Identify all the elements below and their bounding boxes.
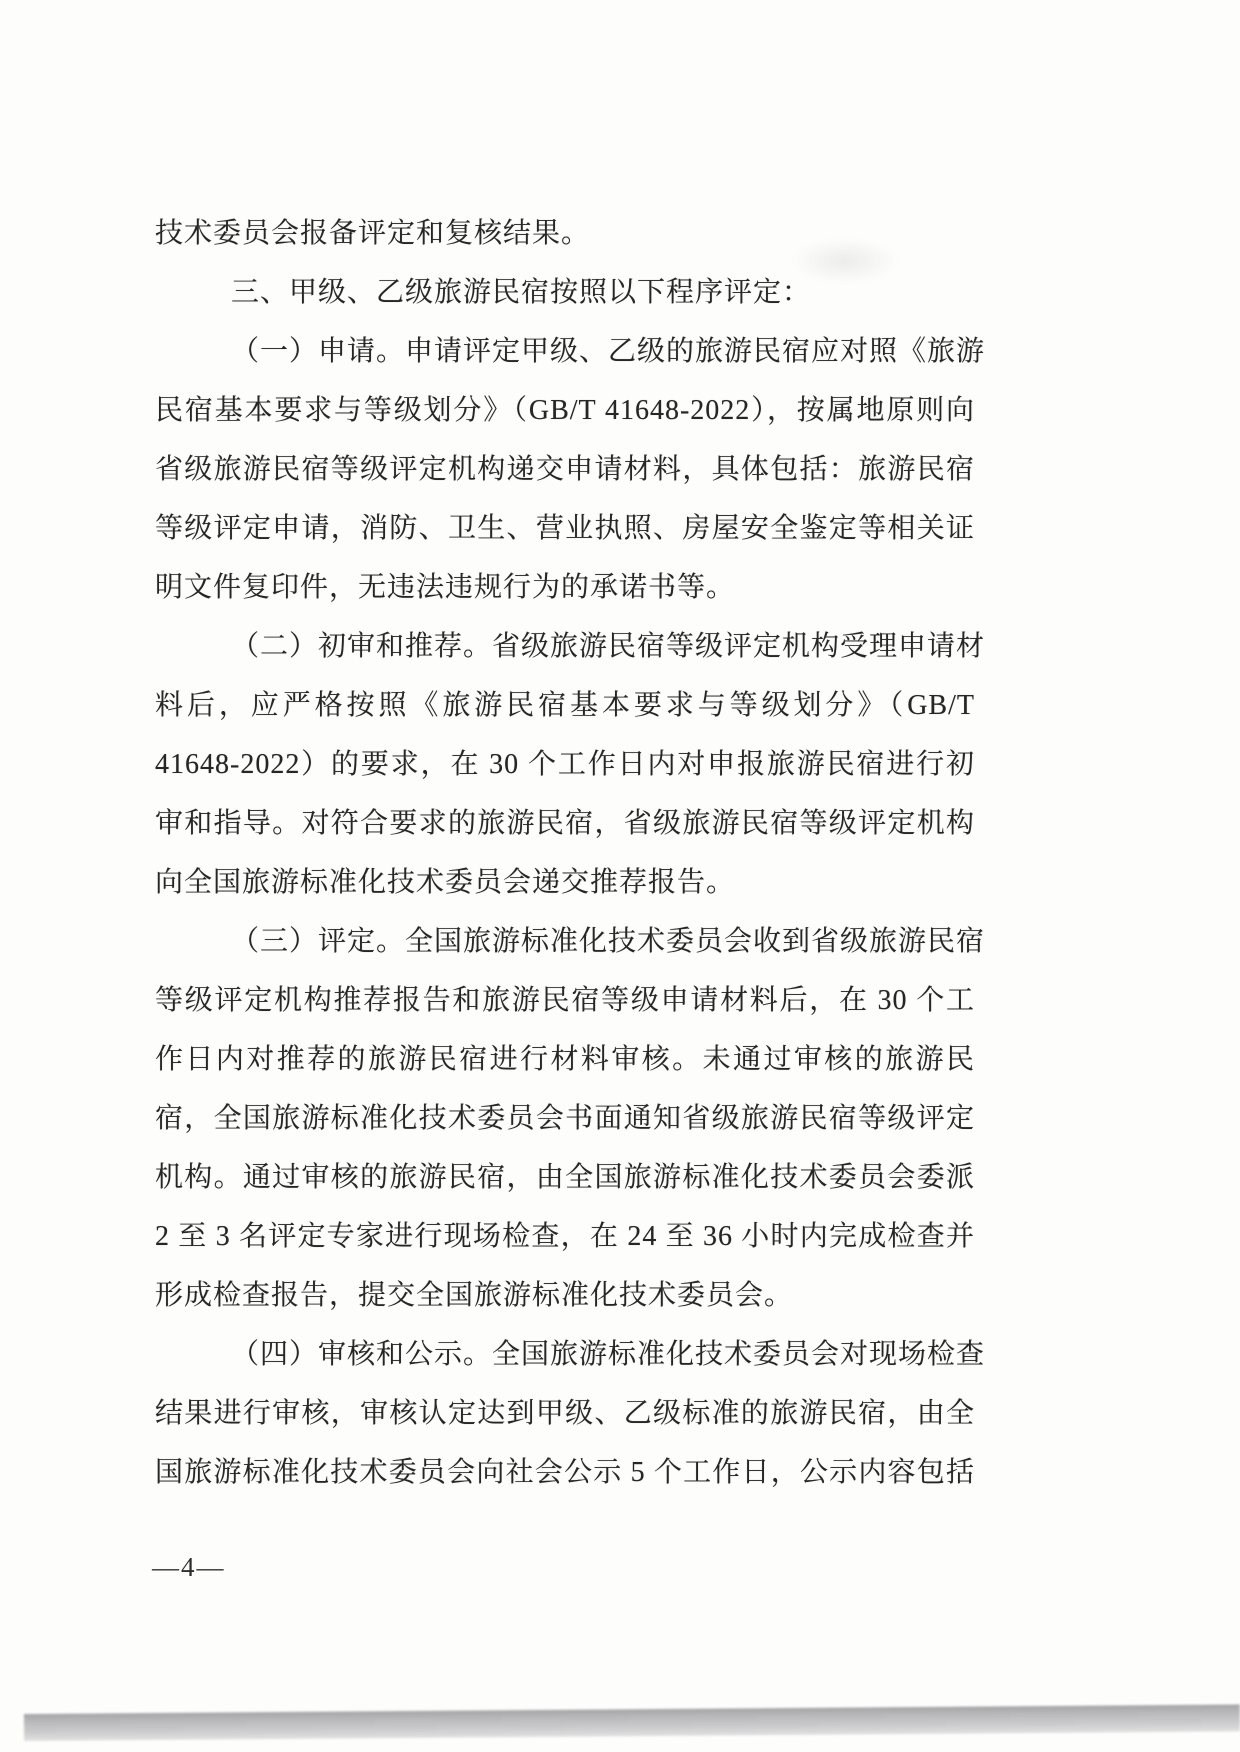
body-line: 料后，应严格按照《旅游民宿基本要求与等级划分》（GB/T [155, 676, 975, 735]
page-number: —4— [152, 1552, 226, 1583]
body-line: 省级旅游民宿等级评定机构递交申请材料，具体包括：旅游民宿 [155, 440, 975, 499]
scan-edge-shadow [24, 1704, 1240, 1741]
body-line: 41648-2022）的要求，在 30 个工作日内对申报旅游民宿进行初 [155, 735, 975, 794]
scanned-document-page: 技术委员会报备评定和复核结果。 三、甲级、乙级旅游民宿按照以下程序评定： （一）… [0, 0, 1240, 1752]
body-line: 宿，全国旅游标准化技术委员会书面通知省级旅游民宿等级评定 [155, 1089, 975, 1148]
body-line: 等级评定机构推荐报告和旅游民宿等级申请材料后，在 30 个工 [155, 971, 975, 1030]
body-line: 2 至 3 名评定专家进行现场检查，在 24 至 36 小时内完成检查并 [155, 1207, 975, 1266]
body-line: 机构。通过审核的旅游民宿，由全国旅游标准化技术委员会委派 [155, 1148, 975, 1207]
scan-smudge-artifact [790, 238, 900, 284]
body-line: （二）初审和推荐。省级旅游民宿等级评定机构受理申请材 [155, 617, 975, 676]
body-line: 形成检查报告，提交全国旅游标准化技术委员会。 [155, 1266, 975, 1325]
body-line: 作日内对推荐的旅游民宿进行材料审核。未通过审核的旅游民 [155, 1030, 975, 1089]
body-line: （四）审核和公示。全国旅游标准化技术委员会对现场检查 [155, 1325, 975, 1384]
body-line: 明文件复印件，无违法违规行为的承诺书等。 [155, 558, 975, 617]
body-line: （一）申请。申请评定甲级、乙级的旅游民宿应对照《旅游 [155, 322, 975, 381]
body-line: 审和指导。对符合要求的旅游民宿，省级旅游民宿等级评定机构 [155, 794, 975, 853]
body-line: （三）评定。全国旅游标准化技术委员会收到省级旅游民宿 [155, 912, 975, 971]
document-text-block: 技术委员会报备评定和复核结果。 三、甲级、乙级旅游民宿按照以下程序评定： （一）… [155, 204, 975, 1502]
body-line: 民宿基本要求与等级划分》（GB/T 41648-2022），按属地原则向 [155, 381, 975, 440]
body-line: 结果进行审核，审核认定达到甲级、乙级标准的旅游民宿，由全 [155, 1384, 975, 1443]
body-line: 国旅游标准化技术委员会向社会公示 5 个工作日，公示内容包括 [155, 1443, 975, 1502]
body-line: 等级评定申请，消防、卫生、营业执照、房屋安全鉴定等相关证 [155, 499, 975, 558]
body-line: 向全国旅游标准化技术委员会递交推荐报告。 [155, 853, 975, 912]
